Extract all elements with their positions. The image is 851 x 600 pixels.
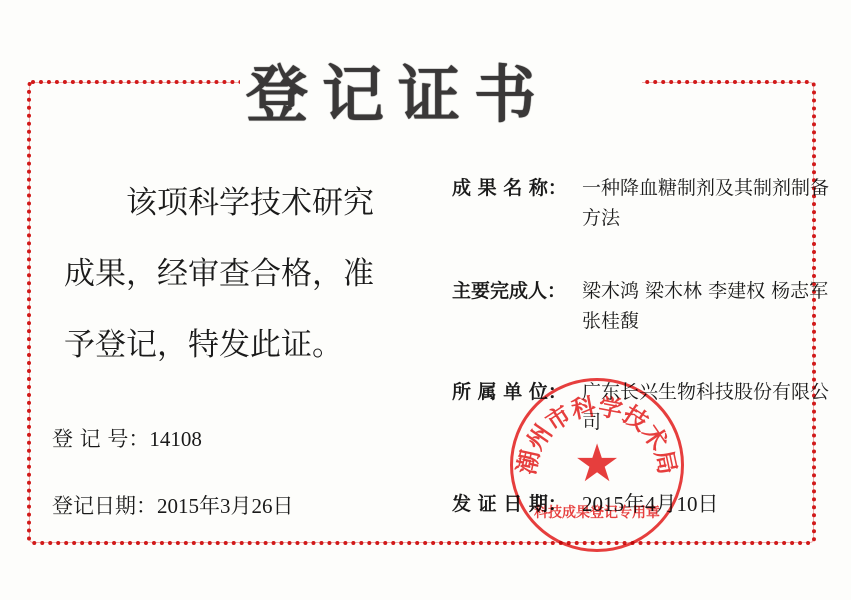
achievement-name-value: 一种降血糖制剂及其制剂制备方法	[582, 173, 842, 233]
main-contributors-value: 梁木鸿 梁木林 李建权 杨志军 张桂馥	[582, 276, 842, 336]
certificate-title: 登记证书	[240, 58, 642, 132]
official-seal: 潮州市科学技术局 ★ 科技成果登记专用章	[510, 378, 684, 552]
statement-line-2: 成果，经审查合格，准	[64, 239, 414, 310]
statement-line-3: 予登记，特发此证。	[64, 310, 414, 381]
certification-statement: 该项科学技术研究 成果，经审查合格，准 予登记，特发此证。	[64, 168, 414, 381]
statement-line-1: 该项科学技术研究	[64, 168, 414, 239]
registration-date-label: 登记日期：	[52, 494, 157, 518]
seal-bottom-text: 科技成果登记专用章	[534, 504, 660, 521]
star-icon: ★	[574, 434, 621, 494]
registration-number-label: 登 记 号：	[52, 427, 149, 451]
registration-number: 登 记 号：14108	[52, 423, 202, 453]
achievement-name-label: 成 果 名 称：	[452, 173, 567, 200]
seal-icon: 潮州市科学技术局 ★ 科技成果登记专用章	[513, 381, 681, 549]
registration-date: 登记日期：2015年3月26日	[52, 490, 294, 520]
registration-number-value: 14108	[149, 427, 202, 451]
registration-date-value: 2015年3月26日	[157, 494, 294, 518]
main-contributors-label: 主要完成人：	[452, 276, 566, 303]
